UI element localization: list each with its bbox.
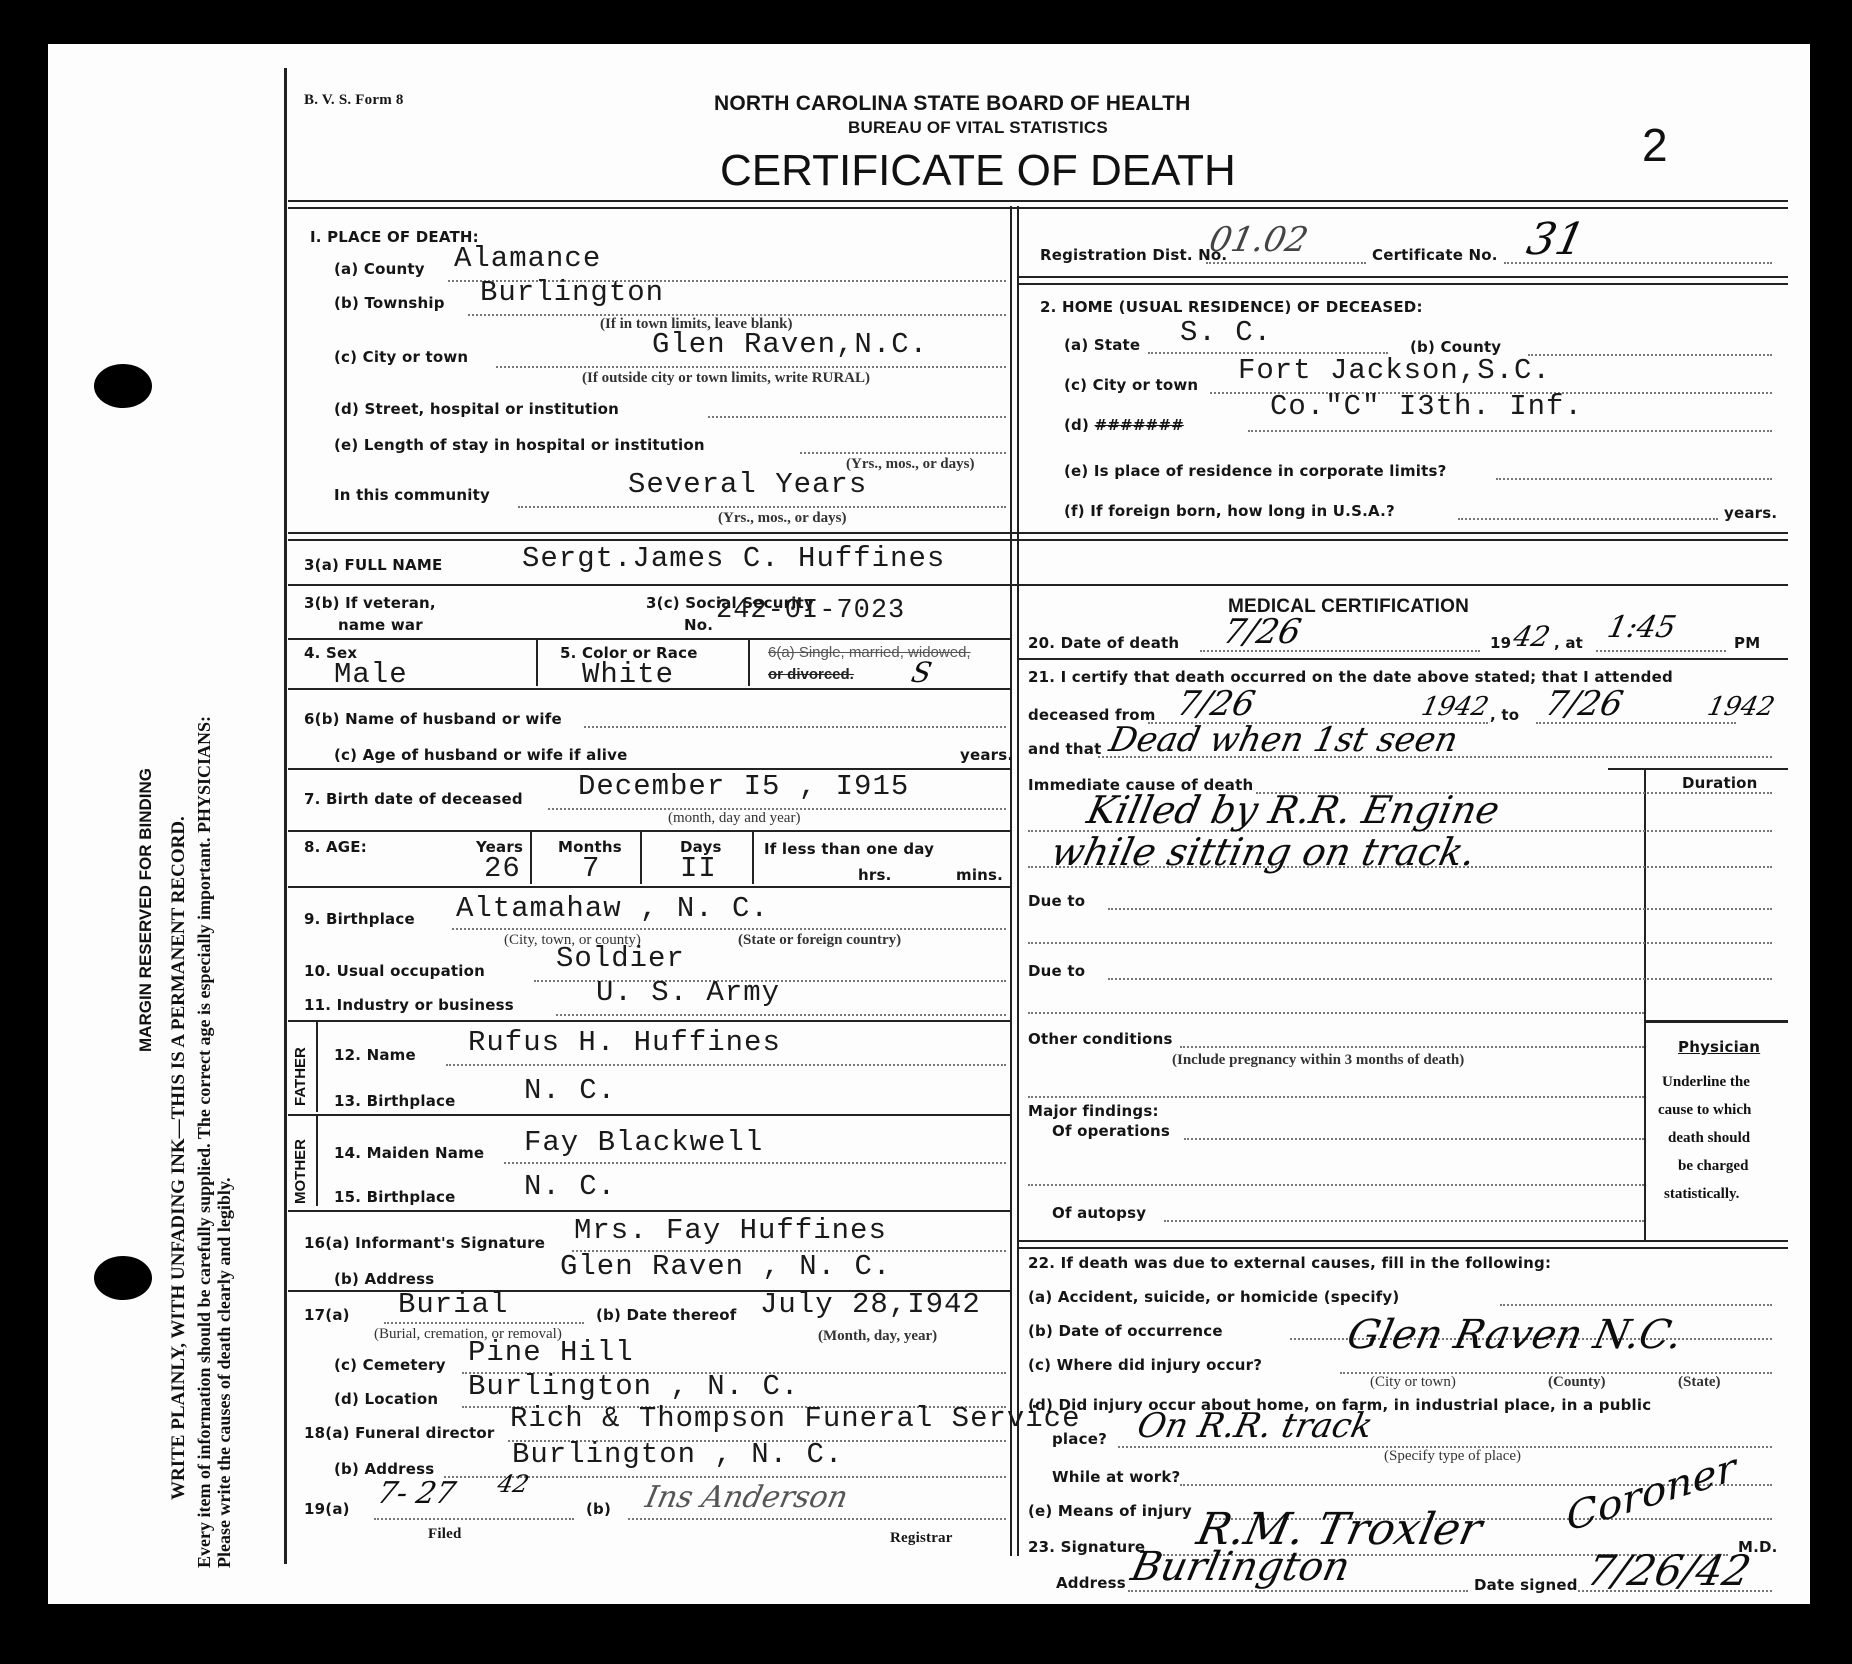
father-birthplace-label: 13. Birthplace xyxy=(334,1092,455,1110)
rule-after-age xyxy=(288,886,1010,888)
certificate-number-label: Certificate No. xyxy=(1372,246,1498,264)
full-name-value[interactable]: Sergt.James C. Huffines xyxy=(522,542,945,575)
residence-state-value[interactable]: S. C. xyxy=(1180,316,1272,349)
filed-year-value[interactable]: 42 xyxy=(495,1470,531,1498)
injury-location-note-state: (State) xyxy=(1678,1374,1720,1391)
residence-city-label: (c) City or town xyxy=(1064,376,1198,394)
accident-type-label: (a) Accident, suicide, or homicide (spec… xyxy=(1028,1288,1399,1306)
veteran-label-2: name war xyxy=(338,616,423,634)
filed-date-line xyxy=(374,1518,574,1520)
rule-before-mother xyxy=(288,1114,1010,1116)
registration-rule xyxy=(1018,276,1788,285)
occupation-value[interactable]: Soldier xyxy=(556,942,685,975)
mother-tag: MOTHER xyxy=(292,1139,309,1204)
date-signed-label: Date signed xyxy=(1474,1576,1578,1594)
marital-label: 6(a) Single, married, widowed, xyxy=(768,644,971,661)
means-of-injury-label: (e) Means of injury xyxy=(1028,1502,1192,1520)
autopsy-line xyxy=(1164,1220,1644,1222)
residence-state-label: (a) State xyxy=(1064,336,1140,354)
age-years-divider xyxy=(530,832,532,884)
binding-hole-bottom xyxy=(94,1256,152,1300)
community-line xyxy=(518,506,1006,508)
due-to-label-2: Due to xyxy=(1028,962,1085,980)
location-label: (d) Location xyxy=(334,1390,438,1408)
registrar-label: Registrar xyxy=(890,1530,953,1547)
ss-number-value[interactable]: 242-0I-7023 xyxy=(716,596,905,626)
bureau-name: BUREAU OF VITAL STATISTICS xyxy=(848,118,1108,138)
certificate-page: MARGIN RESERVED FOR BINDING WRITE PLAINL… xyxy=(48,44,1810,1604)
informant-signature-label: 16(a) Informant's Signature xyxy=(304,1234,545,1252)
signature-address-line xyxy=(1128,1590,1468,1592)
date-signed-value[interactable]: 7/26/42 xyxy=(1583,1546,1755,1595)
corporate-limits-label: (e) Is place of residence in corporate l… xyxy=(1064,462,1447,480)
major-findings-label: Major findings: xyxy=(1028,1102,1159,1120)
residence-street-strike: ####### xyxy=(1094,416,1183,434)
while-at-work-label: While at work? xyxy=(1052,1468,1180,1486)
foreign-born-label: (f) If foreign born, how long in U.S.A.? xyxy=(1064,502,1395,520)
mother-name-value[interactable]: Fay Blackwell xyxy=(524,1126,763,1159)
attended-to-date[interactable]: 7/26 xyxy=(1542,684,1627,724)
sex-value[interactable]: Male xyxy=(334,658,408,691)
physician-note-line-4: be charged xyxy=(1678,1158,1748,1175)
registration-dist-value[interactable]: 01.02 xyxy=(1206,220,1312,260)
injury-place-value[interactable]: On R.R. track xyxy=(1134,1406,1377,1446)
father-name-label: 12. Name xyxy=(334,1046,416,1064)
signature-address-label: Address xyxy=(1056,1574,1126,1592)
accident-type-line xyxy=(1500,1304,1772,1306)
residence-street-label: (d) ####### xyxy=(1064,416,1184,434)
document-title: CERTIFICATE OF DEATH xyxy=(720,146,1236,196)
birthplace-value[interactable]: Altamahaw , N. C. xyxy=(456,892,769,925)
rule-after-name xyxy=(288,584,1788,586)
other-conditions-note: (Include pregnancy within 3 months of de… xyxy=(1172,1052,1464,1069)
mother-tag-divider xyxy=(316,1116,318,1206)
birth-date-note: (month, day and year) xyxy=(668,810,800,827)
corporate-limits-line xyxy=(1496,478,1772,480)
rule-after-death-date xyxy=(1018,658,1788,660)
city-label: (c) City or town xyxy=(334,348,468,366)
immediate-cause-value-2[interactable]: while sitting on track. xyxy=(1047,830,1479,874)
due-to-line-1b xyxy=(1028,942,1772,944)
due-to-line-1 xyxy=(1108,908,1772,910)
injury-location-note-county: (County) xyxy=(1548,1374,1606,1391)
spouse-age-unit: years. xyxy=(960,746,1013,764)
industry-value[interactable]: U. S. Army xyxy=(596,976,780,1009)
residence-street-value[interactable]: Co."C" I3th. Inf. xyxy=(1270,390,1583,423)
injury-location-label: (c) Where did injury occur? xyxy=(1028,1356,1262,1374)
signature-address-value[interactable]: Burlington xyxy=(1127,1544,1354,1590)
other-conditions-line-2 xyxy=(1028,1096,1644,1098)
registrar-signature[interactable]: Ins Anderson xyxy=(642,1480,851,1515)
marital-label-2: or divorced. xyxy=(768,666,854,683)
external-causes-heading: 22. If death was due to external causes,… xyxy=(1028,1254,1551,1272)
informant-address-value[interactable]: Glen Raven , N. C. xyxy=(560,1250,891,1283)
city-note: (If outside city or town limits, write R… xyxy=(582,370,870,387)
rule-after-alive xyxy=(1608,768,1788,770)
funeral-director-value[interactable]: Rich & Thompson Funeral Service xyxy=(510,1402,1081,1435)
rule-before-external xyxy=(1018,1240,1788,1249)
rule-before-father xyxy=(288,1020,1010,1022)
foreign-born-line xyxy=(1458,518,1718,520)
attended-from-date[interactable]: 7/26 xyxy=(1174,684,1259,724)
industry-line xyxy=(556,1014,1006,1016)
spouse-label: 6(b) Name of husband or wife xyxy=(304,710,562,728)
rule-before-informant xyxy=(288,1210,1010,1212)
physician-note-line-1: Underline the xyxy=(1662,1074,1750,1091)
township-value[interactable]: Burlington xyxy=(480,276,664,309)
other-conditions-line xyxy=(1180,1046,1644,1048)
full-name-label: 3(a) FULL NAME xyxy=(304,556,442,574)
veteran-label: 3(b) If veteran, xyxy=(304,594,436,612)
residence-city-value[interactable]: Fort Jackson,S.C. xyxy=(1238,354,1551,387)
stay-line xyxy=(800,452,1006,454)
physician-title[interactable]: Coroner xyxy=(1564,1445,1738,1540)
injury-location-note-city: (City or town) xyxy=(1370,1374,1456,1391)
funeral-director-label: 18(a) Funeral director xyxy=(304,1424,494,1442)
header-rule xyxy=(288,200,1788,209)
injury-location-value[interactable]: Glen Raven N.C. xyxy=(1343,1312,1686,1358)
informant-signature-value[interactable]: Mrs. Fay Huffines xyxy=(574,1214,887,1247)
binding-hole-top xyxy=(94,364,152,408)
duration-label: Duration xyxy=(1682,774,1758,792)
other-conditions-label: Other conditions xyxy=(1028,1030,1173,1048)
ss-label-no: No. xyxy=(684,616,713,634)
attended-to-year[interactable]: 1942 xyxy=(1705,692,1778,722)
age-days-value[interactable]: II xyxy=(680,852,717,885)
foreign-born-unit: years. xyxy=(1724,504,1777,522)
operations-line xyxy=(1184,1138,1644,1140)
burial-method-line xyxy=(384,1322,584,1324)
informant-address-label: (b) Address xyxy=(334,1270,434,1288)
stay-label: (e) Length of stay in hospital or instit… xyxy=(334,436,705,454)
spouse-age-label: (c) Age of husband or wife if alive xyxy=(334,746,628,764)
margin-instruction-3: Please write the causes of death clearly… xyxy=(214,1178,235,1568)
death-date-value[interactable]: 7/26 xyxy=(1220,612,1305,652)
burial-date-label: (b) Date thereof xyxy=(596,1306,736,1324)
city-line xyxy=(496,366,1006,368)
death-year-prefix: 19 xyxy=(1490,634,1511,652)
birth-date-value[interactable]: December I5 , I915 xyxy=(578,770,909,803)
birthplace-line xyxy=(452,928,1006,930)
industry-label: 11. Industry or business xyxy=(304,996,514,1014)
county-label: (a) County xyxy=(334,260,425,278)
attended-from-year[interactable]: 1942 xyxy=(1419,692,1492,722)
father-tag-divider xyxy=(316,1022,318,1112)
physician-note-line-3: death should xyxy=(1668,1130,1750,1147)
due-to-line-2 xyxy=(1108,978,1772,980)
age-hrs-label: hrs. xyxy=(858,866,892,884)
page-mark: 2 xyxy=(1642,118,1668,172)
margin-instruction-2: Every item of information should be care… xyxy=(194,716,215,1568)
attended-to-label: , to xyxy=(1490,706,1519,724)
occupation-label: 10. Usual occupation xyxy=(304,962,485,980)
spouse-line xyxy=(584,726,1006,728)
race-value[interactable]: White xyxy=(582,658,674,691)
filing-label: 19(a) xyxy=(304,1500,350,1518)
father-name-value[interactable]: Rufus H. Huffines xyxy=(468,1026,781,1059)
margin-binding-note: MARGIN RESERVED FOR BINDING xyxy=(136,768,156,1052)
sex-race-divider xyxy=(536,640,538,686)
burial-label: 17(a) xyxy=(304,1306,350,1324)
death-year-value[interactable]: 42 xyxy=(1510,620,1553,653)
location-value[interactable]: Burlington , N. C. xyxy=(468,1370,799,1403)
due-to-line-2b xyxy=(1028,1012,1644,1014)
physician-box-top xyxy=(1646,1020,1788,1023)
race-marital-divider xyxy=(748,640,750,686)
city-value[interactable]: Glen Raven,N.C. xyxy=(652,328,928,361)
death-time-ampm: PM xyxy=(1734,634,1760,652)
registration-dist-label: Registration Dist. No. xyxy=(1040,246,1227,264)
rule-after-sex xyxy=(288,688,1010,690)
autopsy-label: Of autopsy xyxy=(1052,1204,1146,1222)
death-time-line xyxy=(1596,650,1726,652)
age-days-divider xyxy=(752,832,754,884)
operations-line-2 xyxy=(1028,1184,1644,1186)
injury-place-note: (Specify type of place) xyxy=(1384,1448,1521,1465)
certificate-number-value[interactable]: 31 xyxy=(1523,214,1590,265)
age-less-label: If less than one day xyxy=(764,840,934,858)
registration-dist-line xyxy=(1206,262,1366,264)
age-years-value[interactable]: 26 xyxy=(484,852,521,885)
birthplace-note-state: (State or foreign country) xyxy=(738,932,901,949)
physician-note-line-5: statistically. xyxy=(1664,1186,1739,1203)
registrar-line xyxy=(628,1518,1006,1520)
burial-date-value[interactable]: July 28,I942 xyxy=(760,1288,981,1321)
mother-birthplace-value[interactable]: N. C. xyxy=(524,1170,616,1203)
street-label: (d) Street, hospital or institution xyxy=(334,400,619,418)
filed-date-value[interactable]: 7- 27 xyxy=(374,1476,458,1511)
father-name-line xyxy=(446,1064,1006,1066)
mother-name-line xyxy=(504,1162,1006,1164)
cemetery-value[interactable]: Pine Hill xyxy=(468,1336,634,1369)
occurrence-date-label: (b) Date of occurrence xyxy=(1028,1322,1223,1340)
burial-method-value[interactable]: Burial xyxy=(398,1288,508,1321)
rule-after-ss xyxy=(288,638,1010,640)
form-left-border xyxy=(284,68,287,1564)
death-date-label: 20. Date of death xyxy=(1028,634,1179,652)
age-months-divider xyxy=(640,832,642,884)
birthplace-label: 9. Birthplace xyxy=(304,910,415,928)
filed-label: Filed xyxy=(428,1526,462,1543)
margin-instruction-1: WRITE PLAINLY, WITH UNFADING INK—THIS IS… xyxy=(168,816,190,1500)
physician-note-line-2: cause to which xyxy=(1658,1102,1751,1119)
community-label: In this community xyxy=(334,486,490,504)
duration-column-divider xyxy=(1644,770,1646,1242)
due-to-label-1: Due to xyxy=(1028,892,1085,910)
age-label: 8. AGE: xyxy=(304,838,367,856)
residence-street-line xyxy=(1248,430,1772,432)
alive-value[interactable]: Dead when 1st seen xyxy=(1106,720,1462,760)
residence-heading: 2. HOME (USUAL RESIDENCE) OF DECEASED: xyxy=(1040,298,1423,316)
burial-date-note: (Month, day, year) xyxy=(818,1328,937,1345)
form-id: B. V. S. Form 8 xyxy=(304,92,404,109)
age-mins-label: mins. xyxy=(956,866,1003,884)
community-value[interactable]: Several Years xyxy=(628,468,867,501)
rule-after-birth xyxy=(288,830,1010,832)
registrar-b-label: (b) xyxy=(586,1500,611,1518)
mother-name-label: 14. Maiden Name xyxy=(334,1144,484,1162)
injury-place-label: place? xyxy=(1052,1430,1107,1448)
physician-note-title: Physician xyxy=(1678,1038,1760,1056)
signature-label: 23. Signature xyxy=(1028,1538,1145,1556)
father-birthplace-value[interactable]: N. C. xyxy=(524,1074,616,1107)
residence-county-line xyxy=(1528,354,1772,356)
operations-label: Of operations xyxy=(1052,1122,1170,1140)
birth-date-label: 7. Birth date of deceased xyxy=(304,790,523,808)
age-months-value[interactable]: 7 xyxy=(582,852,600,885)
rule-after-place xyxy=(288,532,1788,541)
funeral-address-value[interactable]: Burlington , N. C. xyxy=(512,1438,843,1471)
community-note: (Yrs., mos., or days) xyxy=(718,510,846,527)
death-time-value[interactable]: 1:45 xyxy=(1604,610,1679,645)
alive-label: and that xyxy=(1028,740,1102,758)
agency-name: NORTH CAROLINA STATE BOARD OF HEALTH xyxy=(714,92,1191,116)
mother-birthplace-label: 15. Birthplace xyxy=(334,1188,455,1206)
township-label: (b) Township xyxy=(334,294,445,312)
death-time-label: , at xyxy=(1554,634,1583,652)
county-value[interactable]: Alamance xyxy=(454,242,601,275)
father-tag: FATHER xyxy=(292,1047,309,1106)
immediate-cause-value[interactable]: Killed by R.R. Engine xyxy=(1083,788,1503,832)
street-line xyxy=(708,416,1006,418)
cemetery-label: (c) Cemetery xyxy=(334,1356,446,1374)
column-divider xyxy=(1010,206,1019,1556)
